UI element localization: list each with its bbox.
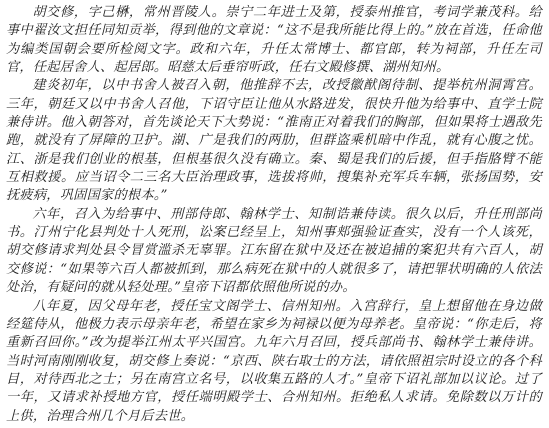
- document-page: 胡交修，字己楙，常州晋陵人。崇宁二年进士及第，授泰州推官，考词学兼茂科。给事中翟…: [0, 0, 549, 428]
- translation-text-block: 胡交修，字己楙，常州晋陵人。崇宁二年进士及第，授泰州推官，考词学兼茂科。给事中翟…: [6, 4, 542, 426]
- paragraph-jianyan-era: 建炎初年，以中书舍人被召入朝，他推辞不去，改授徽猷阁待制、提举杭州洞霄宫。三年，…: [6, 77, 542, 205]
- paragraph-late-career: 八年夏，因父母年老，授任宝文阁学士、信州知州。入宫辞行，皇上想留他在身边做经筵侍…: [6, 298, 542, 426]
- paragraph-biography-intro: 胡交修，字己楙，常州晋陵人。崇宁二年进士及第，授泰州推官，考词学兼茂科。给事中翟…: [6, 4, 542, 77]
- paragraph-ministry-of-justice: 六年，召入为给事中、刑部侍郎、翰林学士、知制诰兼侍读。很久以后，升任刑部尚书。汀…: [6, 206, 542, 298]
